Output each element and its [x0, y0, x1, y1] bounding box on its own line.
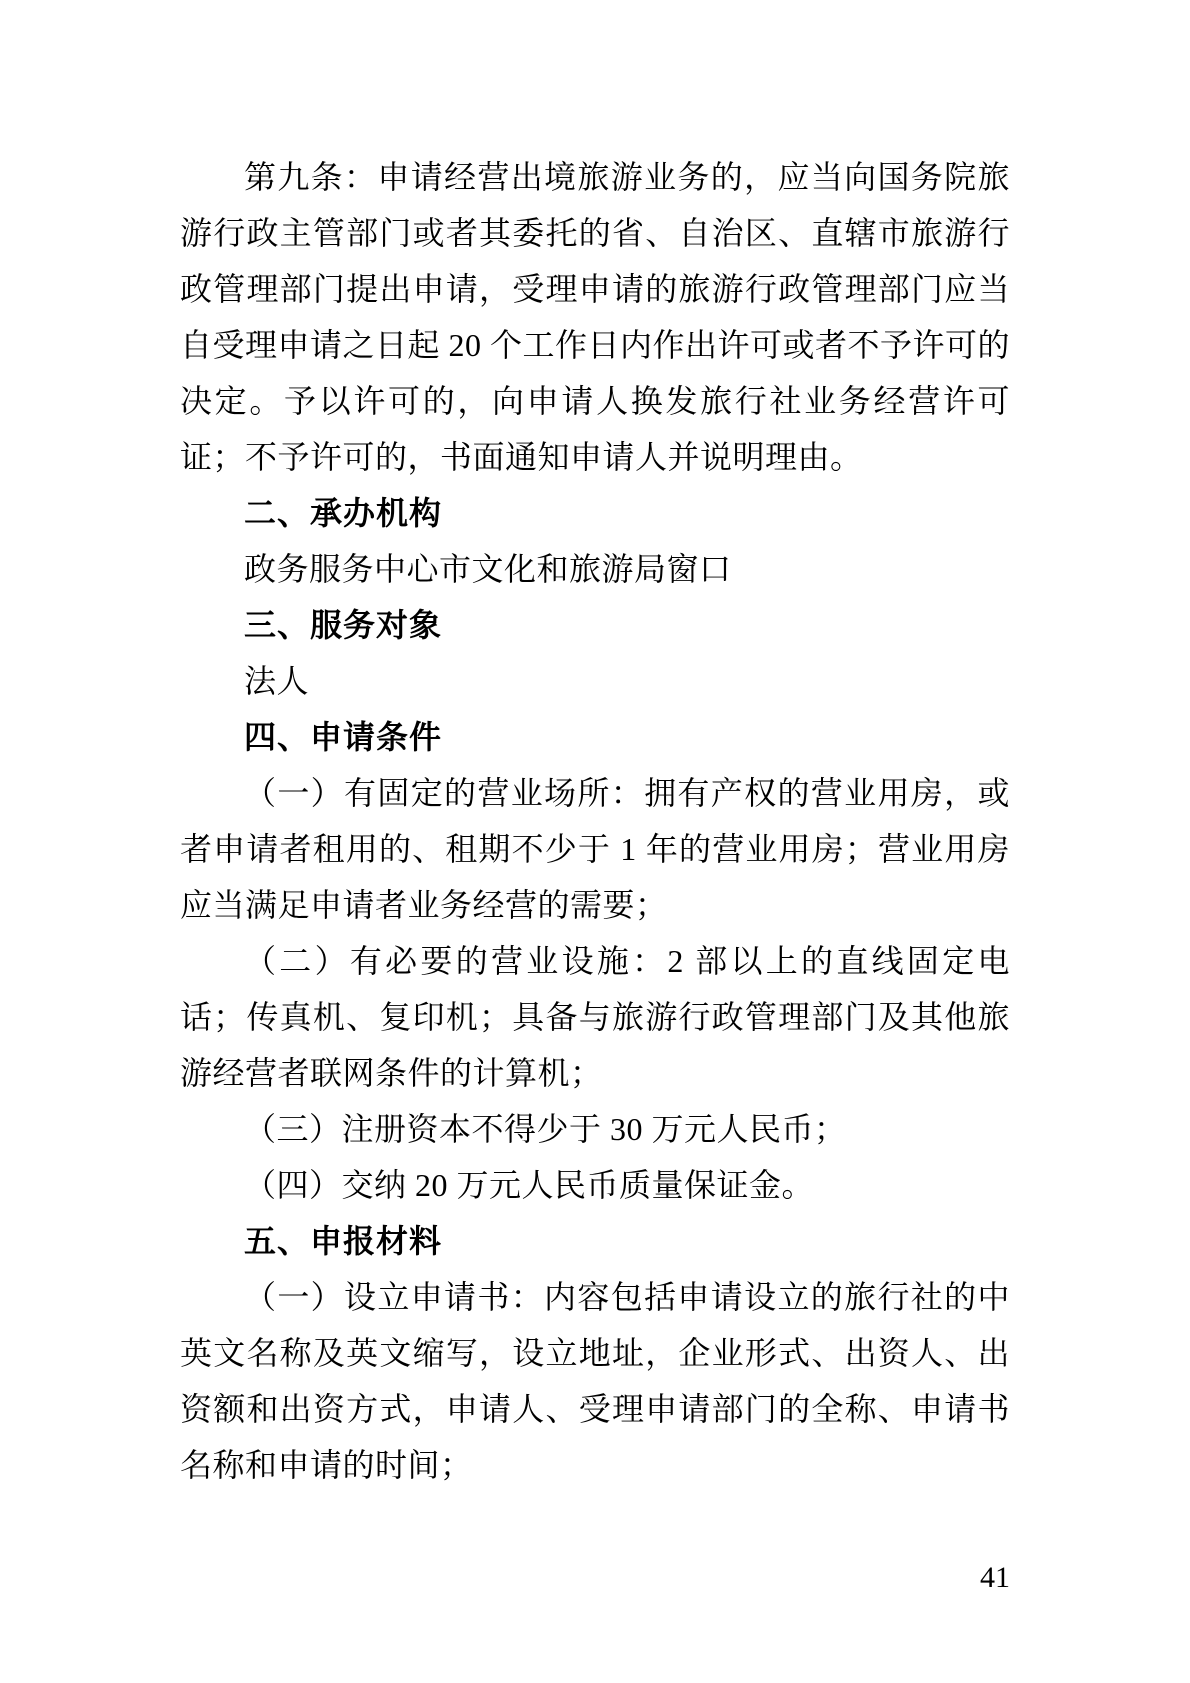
body-paragraph: （一）设立申请书：内容包括申请设立的旅行社的中英文名称及英文缩写，设立地址，企业…	[180, 1269, 1010, 1493]
body-paragraph: 法人	[180, 653, 1010, 709]
document-page: 第九条：申请经营出境旅游业务的，应当向国务院旅游行政主管部门或者其委托的省、自治…	[0, 0, 1190, 1683]
body-paragraph: （二）有必要的营业设施：2 部以上的直线固定电话；传真机、复印机；具备与旅游行政…	[180, 933, 1010, 1101]
body-paragraph: 政务服务中心市文化和旅游局窗口	[180, 541, 1010, 597]
body-paragraph: （四）交纳 20 万元人民币质量保证金。	[180, 1157, 1010, 1213]
section-heading: 五、申报材料	[180, 1213, 1010, 1269]
body-paragraph: （一）有固定的营业场所：拥有产权的营业用房，或者申请者租用的、租期不少于 1 年…	[180, 765, 1010, 933]
body-paragraph: 第九条：申请经营出境旅游业务的，应当向国务院旅游行政主管部门或者其委托的省、自治…	[180, 149, 1010, 485]
page-number: 41	[180, 1560, 1010, 1596]
body-paragraph: （三）注册资本不得少于 30 万元人民币；	[180, 1101, 1010, 1157]
section-heading: 四、申请条件	[180, 709, 1010, 765]
document-body: 第九条：申请经营出境旅游业务的，应当向国务院旅游行政主管部门或者其委托的省、自治…	[180, 0, 1010, 1493]
section-heading: 二、承办机构	[180, 485, 1010, 541]
section-heading: 三、服务对象	[180, 597, 1010, 653]
